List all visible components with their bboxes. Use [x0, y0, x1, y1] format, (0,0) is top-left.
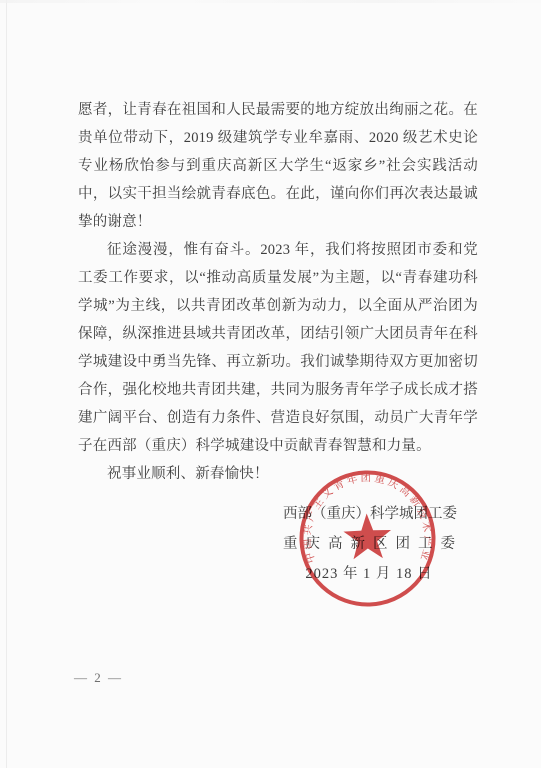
- signature-org-primary: 西部（重庆）科学城团工委: [283, 499, 455, 529]
- scan-edge-artifact: [0, 0, 541, 3]
- signature-org-secondary: 重庆高新区团工委: [283, 529, 463, 559]
- signature-date: 2023 年 1 月 18 日: [283, 559, 455, 589]
- scan-edge-artifact: [6, 0, 7, 768]
- signature-block: 西部（重庆）科学城团工委 重庆高新区团工委 2023 年 1 月 18 日: [283, 499, 455, 589]
- page-number: — 2 —: [74, 670, 123, 686]
- closing-wish-line: 祝事业顺利、新春愉快！: [78, 460, 478, 488]
- body-paragraph: 愿者，让青春在祖国和人民最需要的地方绽放出绚丽之花。在贵单位带动下，2019 级…: [78, 96, 478, 236]
- document-page: 愿者，让青春在祖国和人民最需要的地方绽放出绚丽之花。在贵单位带动下，2019 级…: [0, 0, 541, 768]
- letter-body: 愿者，让青春在祖国和人民最需要的地方绽放出绚丽之花。在贵单位带动下，2019 级…: [78, 96, 478, 488]
- body-paragraph: 征途漫漫，惟有奋斗。2023 年，我们将按照团市委和党工委工作要求，以“推动高质…: [78, 236, 478, 460]
